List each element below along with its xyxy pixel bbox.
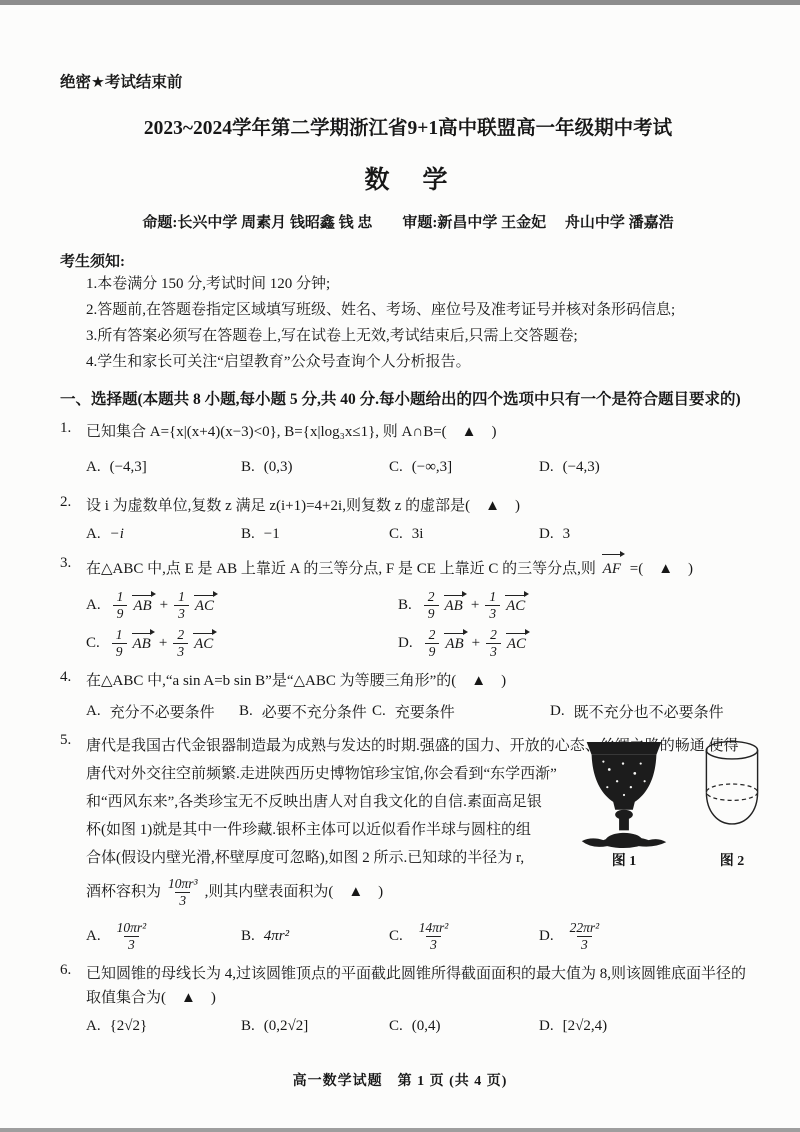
notice-heading: 考生须知: (60, 250, 756, 271)
q2-option-d: D.3 (539, 526, 570, 543)
notice-item-4: 4.学生和家长可关注“启望教育”公众号查询个人分析报告。 (60, 349, 756, 375)
candidate-notice: 考生须知: 1.本卷满分 150 分,考试时间 120 分钟; 2.答题前,在答… (60, 250, 756, 375)
figure-1-label: 图 1 (612, 850, 637, 870)
q4-option-d: D.既不充分也不必要条件 (550, 701, 724, 722)
exam-paper-page: 绝密★考试结束前 2023~2024学年第二学期浙江省9+1高中联盟高一年级期中… (0, 0, 800, 1132)
question-5: 5. 唐代是我国古代金银器制造最为成熟与发达的时期.强盛的国力、开放的心态、丝绸… (60, 732, 756, 952)
setters-reviewers-line: 命题:长兴中学 周素月 钱昭鑫 钱 忠 审题:新昌中学 王金妃 舟山中学 潘嘉浩 (60, 211, 756, 232)
q3-option-b: B.29AB+13AC (398, 589, 756, 621)
question-1: 1. 已知集合 A={x|(x+4)(x−3)<0}, B={x|log₃x≤1… (60, 420, 756, 482)
question-5-figures: 图 1 图 2 (578, 740, 760, 870)
question-1-stem: 已知集合 A={x|(x+4)(x−3)<0}, B={x|log₃x≤1}, … (86, 420, 756, 444)
q5-option-c: C.14πr²3 (389, 920, 539, 952)
question-4: 4. 在△ABC 中,“a sin A=b sin B”是“△ABC 为等腰三角… (60, 669, 756, 722)
question-3-options: A.19AB+13AC B.29AB+13AC C.19AB+23AC D.29… (86, 589, 756, 659)
subject-title: 数 学 (60, 160, 756, 196)
q1-option-b: B.(0,3) (241, 459, 389, 476)
q3-option-a: A.19AB+13AC (86, 589, 398, 621)
q1-option-c: C.(−∞,3] (389, 459, 539, 476)
notice-item-2: 2.答题前,在答题卷指定区域填写班级、姓名、考场、座位号及准考证号并核对条形码信… (60, 297, 756, 323)
q6-option-c: C.(0,4) (389, 1018, 539, 1035)
section-number: 一、 (60, 387, 91, 412)
goblet-image (578, 740, 670, 850)
exam-title: 2023~2024学年第二学期浙江省9+1高中联盟高一年级期中考试 (60, 112, 756, 140)
question-6-options: A.{2√2} B.(0,2√2] C.(0,4) D.[2√2,4) (86, 1018, 756, 1035)
q6-option-b: B.(0,2√2] (241, 1018, 389, 1035)
question-4-number: 4. (60, 669, 86, 722)
cylinder-hemisphere-image (704, 740, 760, 826)
figure-2-cylinder: 图 2 (704, 740, 760, 870)
q6-stem-line-2: 取值集合为( ▲ ) (86, 986, 756, 1010)
q5-option-d: D.22πr²3 (539, 920, 606, 952)
scan-edge-bottom (0, 1128, 800, 1132)
section-choice-heading: 一、 选择题(本题共 8 小题,每小题 5 分,共 40 分.每小题给出的四个选… (60, 387, 756, 412)
question-5-options: A.10πr²3 B.4πr² C.14πr²3 D.22πr²3 (86, 920, 756, 952)
question-4-options: A.充分不必要条件 B.必要不充分条件 C.充要条件 D.既不充分也不必要条件 (86, 701, 756, 722)
q2-option-a: A.−i (86, 526, 241, 543)
q1-option-a: A.(−4,3] (86, 459, 241, 476)
question-2-number: 2. (60, 494, 86, 543)
section-heading-text: 选择题(本题共 8 小题,每小题 5 分,共 40 分.每小题给出的四个选项中只… (91, 387, 756, 412)
page-content: 绝密★考试结束前 2023~2024学年第二学期浙江省9+1高中联盟高一年级期中… (0, 70, 800, 1035)
notice-item-3: 3.所有答案必须写在答题卷上,写在试卷上无效,考试结束后,只需上交答题卷; (60, 323, 756, 349)
q2-option-c: C.3i (389, 526, 539, 543)
question-2-options: A.−i B.−1 C.3i D.3 (86, 526, 756, 543)
question-2: 2. 设 i 为虚数单位,复数 z 满足 z(i+1)=4+2i,则复数 z 的… (60, 494, 756, 543)
security-notice: 绝密★考试结束前 (60, 70, 756, 92)
question-1-options: A.(−4,3] B.(0,3) C.(−∞,3] D.(−4,3) (86, 452, 756, 482)
question-3-number: 3. (60, 555, 86, 659)
q6-stem-line-1: 已知圆锥的母线长为 4,过该圆锥顶点的平面截此圆锥所得截面面积的最大值为 8,则… (86, 962, 756, 986)
q5-stem-line-6: 酒杯容积为10πr³3,则其内壁表面积为( ▲ ) (86, 872, 756, 912)
notice-item-1: 1.本卷满分 150 分,考试时间 120 分钟; (60, 271, 756, 297)
question-1-number: 1. (60, 420, 86, 482)
question-3-stem: 在△ABC 中,点 E 是 AB 上靠近 A 的三等分点, F 是 CE 上靠近… (86, 555, 756, 581)
q6-option-a: A.{2√2} (86, 1018, 241, 1035)
question-5-number: 5. (60, 732, 86, 952)
q5-option-b: B.4πr² (241, 928, 389, 945)
question-2-stem: 设 i 为虚数单位,复数 z 满足 z(i+1)=4+2i,则复数 z 的虚部是… (86, 494, 756, 518)
q5-option-a: A.10πr²3 (86, 920, 241, 952)
q4-option-b: B.必要不充分条件 (239, 701, 372, 722)
question-6: 6. 已知圆锥的母线长为 4,过该圆锥顶点的平面截此圆锥所得截面面积的最大值为 … (60, 962, 756, 1035)
page-footer: 高一数学试题 第 1 页 (共 4 页) (0, 1070, 800, 1090)
q4-option-a: A.充分不必要条件 (86, 701, 239, 722)
q6-option-d: D.[2√2,4) (539, 1018, 607, 1035)
scan-edge-top (0, 0, 800, 5)
q3-option-d: D.29AB+23AC (398, 627, 756, 659)
figure-1-goblet: 图 1 (578, 740, 670, 870)
figure-2-label: 图 2 (720, 850, 745, 870)
question-4-stem: 在△ABC 中,“a sin A=b sin B”是“△ABC 为等腰三角形”的… (86, 669, 756, 693)
q1-option-d: D.(−4,3) (539, 459, 600, 476)
q4-option-c: C.充要条件 (372, 701, 550, 722)
q2-option-b: B.−1 (241, 526, 389, 543)
question-3: 3. 在△ABC 中,点 E 是 AB 上靠近 A 的三等分点, F 是 CE … (60, 555, 756, 659)
q3-option-c: C.19AB+23AC (86, 627, 398, 659)
question-6-number: 6. (60, 962, 86, 1035)
